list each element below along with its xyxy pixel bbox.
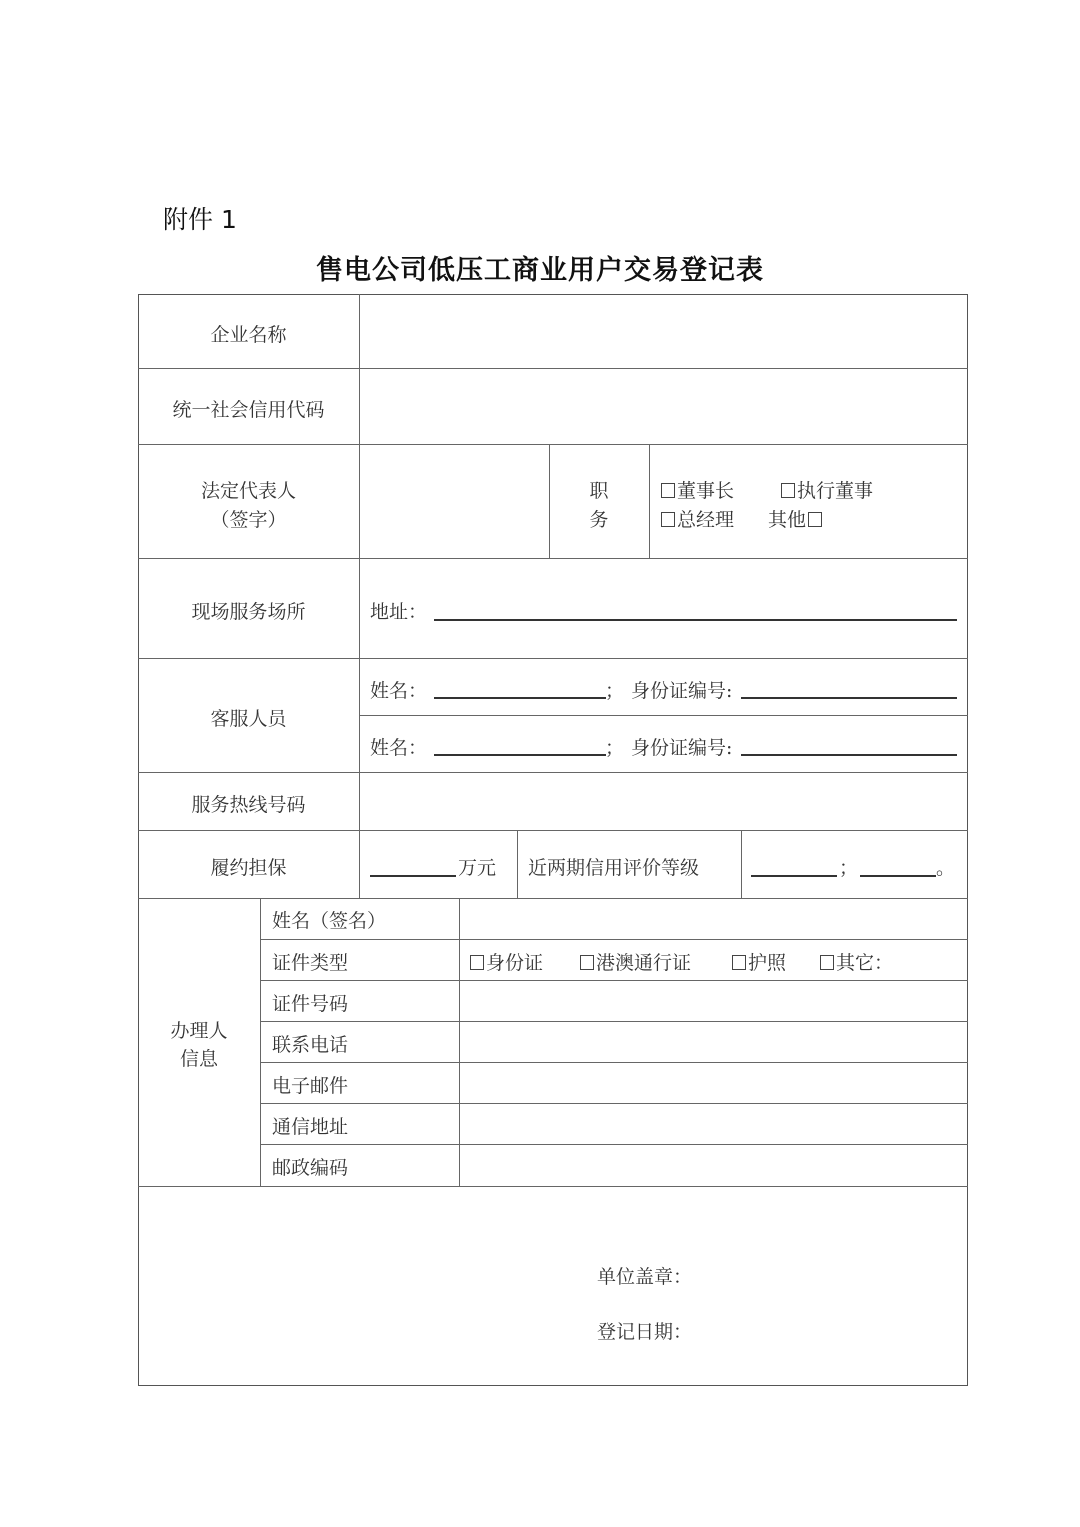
id-type-option-passport[interactable]: 护照 (732, 948, 786, 975)
credit-code-label: 统一社会信用代码 (138, 395, 359, 422)
handler-id-number-field[interactable] (461, 982, 966, 1020)
hotline-field[interactable] (361, 774, 966, 829)
checkbox[interactable] (808, 512, 822, 527)
divider (260, 939, 968, 940)
handler-postcode-label: 邮政编码 (272, 1153, 348, 1180)
attachment-label: 附件 1 (163, 200, 237, 236)
position-option-general-manager[interactable]: 总经理 (661, 505, 734, 532)
page-title: 售电公司低压工商业用户交易登记表 (0, 248, 1080, 287)
position-label: 务 (549, 505, 649, 532)
cs2-name-input[interactable] (434, 754, 606, 756)
credit-rating-1-input[interactable] (751, 875, 837, 877)
seal-label: 单位盖章： (597, 1262, 692, 1289)
handler-phone-label: 联系电话 (272, 1030, 348, 1057)
cs1-name-input[interactable] (434, 697, 606, 699)
registration-form-table (138, 294, 968, 1386)
credit-rating-sep: ； (839, 853, 858, 880)
guarantee-amount-input[interactable] (370, 875, 456, 877)
handler-postcode-field[interactable] (461, 1146, 966, 1185)
divider (459, 898, 460, 1186)
checkbox[interactable] (661, 512, 675, 527)
credit-code-field[interactable] (361, 370, 966, 443)
credit-rating-label: 近两期信用评价等级 (528, 853, 699, 880)
cs2-name-label: 姓名： (370, 733, 427, 760)
checkbox[interactable] (580, 955, 594, 970)
handler-id-number-label: 证件号码 (272, 989, 348, 1016)
cs2-sep: ； (605, 733, 624, 760)
customer-service-label: 客服人员 (138, 704, 359, 731)
credit-rating-end: 。 (936, 853, 955, 880)
divider (138, 368, 968, 369)
checkbox[interactable] (781, 483, 795, 498)
registration-date-label: 登记日期： (597, 1317, 692, 1344)
divider (138, 558, 968, 559)
legal-rep-label: 法定代表人 (138, 476, 359, 503)
cs1-sep: ； (605, 676, 624, 703)
divider (517, 830, 518, 898)
divider (260, 1062, 968, 1063)
address-label: 地址： (370, 597, 427, 624)
checkbox[interactable] (470, 955, 484, 970)
divider (138, 658, 968, 659)
handler-address-field[interactable] (461, 1105, 966, 1143)
handler-name-field[interactable] (461, 900, 966, 938)
cs1-id-label: 身份证编号: (631, 676, 732, 703)
handler-name-label: 姓名（签名） (272, 906, 386, 933)
checkbox[interactable] (820, 955, 834, 970)
handler-phone-field[interactable] (461, 1023, 966, 1061)
handler-address-label: 通信地址 (272, 1112, 348, 1139)
divider (138, 444, 968, 445)
position-option-chairman[interactable]: 董事长 (661, 476, 734, 503)
legal-rep-signature-field[interactable] (361, 446, 548, 557)
cs1-name-label: 姓名： (370, 676, 427, 703)
service-site-label: 现场服务场所 (138, 597, 359, 624)
position-option-other[interactable]: 其他 (768, 505, 824, 532)
credit-rating-2-input[interactable] (860, 875, 936, 877)
legal-rep-sign-note: （签字） (138, 505, 359, 532)
divider (359, 294, 360, 898)
handler-id-type-label: 证件类型 (272, 948, 348, 975)
id-type-option-id-card[interactable]: 身份证 (470, 948, 543, 975)
id-type-option-other[interactable]: 其它： (820, 948, 893, 975)
divider (260, 1144, 968, 1145)
divider (260, 980, 968, 981)
divider (260, 1021, 968, 1022)
guarantee-label: 履约担保 (138, 853, 359, 880)
company-name-label: 企业名称 (138, 320, 359, 347)
handler-email-label: 电子邮件 (272, 1071, 348, 1098)
position-label: 职 (549, 476, 649, 503)
cs2-id-label: 身份证编号: (631, 733, 732, 760)
handler-group-label: 办理人 (138, 1016, 260, 1043)
position-option-executive-director[interactable]: 执行董事 (781, 476, 873, 503)
id-type-option-hk-macau-permit[interactable]: 港澳通行证 (580, 948, 691, 975)
cs1-id-input[interactable] (741, 697, 957, 699)
hotline-label: 服务热线号码 (138, 790, 359, 817)
divider (741, 830, 742, 898)
handler-email-field[interactable] (461, 1064, 966, 1102)
divider (138, 772, 968, 773)
divider (138, 830, 968, 831)
checkbox[interactable] (732, 955, 746, 970)
divider (138, 898, 968, 899)
checkbox[interactable] (661, 483, 675, 498)
address-input[interactable] (434, 619, 957, 621)
company-name-field[interactable] (361, 296, 966, 367)
cs2-id-input[interactable] (741, 754, 957, 756)
divider (260, 898, 261, 1186)
guarantee-unit: 万元 (458, 853, 496, 880)
divider (649, 444, 650, 558)
divider (260, 1103, 968, 1104)
divider (359, 715, 968, 716)
handler-group-label: 信息 (138, 1044, 260, 1071)
divider (138, 1186, 968, 1187)
